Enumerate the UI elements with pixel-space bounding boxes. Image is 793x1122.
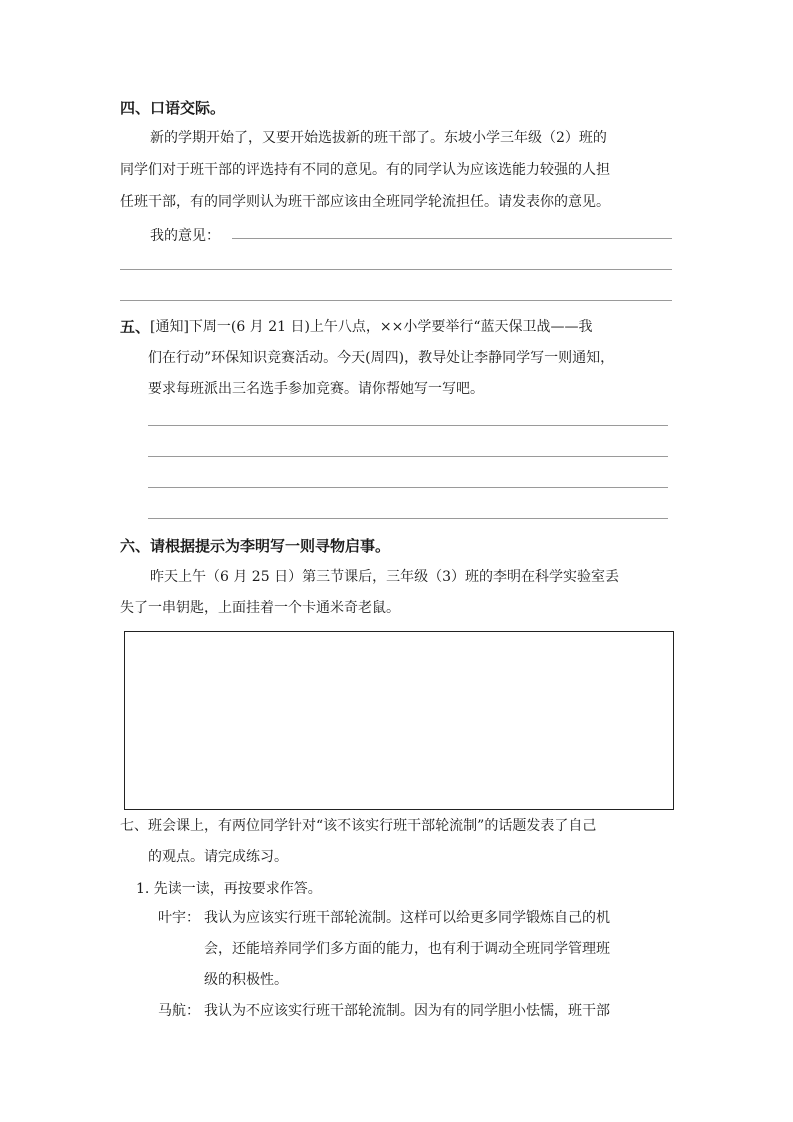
- section-6-paragraph-line-2: 失了一串钥匙，上面挂着一个卡通米奇老鼠。: [120, 597, 400, 617]
- section-5-line-3: 要求每班派出三名选手参加竞赛。请你帮她写一写吧。: [148, 378, 484, 398]
- notice-answer-line-3[interactable]: [148, 487, 668, 488]
- section-6-heading: 六、请根据提示为李明写一则寻物启事。: [120, 535, 390, 556]
- lost-notice-answer-box[interactable]: [124, 631, 674, 810]
- section-4-paragraph-line-1: 新的学期开始了，又要开始选拔新的班干部了。东坡小学三年级（2）班的: [150, 127, 607, 147]
- speaker-ye-yu-line-3: 级的积极性。: [204, 969, 288, 989]
- speaker-ye-yu-line-2: 会，还能培养同学们多方面的能力，也有利于调动全班同学管理班: [204, 938, 610, 958]
- speaker-ye-yu-line-1: 我认为应该实行班干部轮流制。这样可以给更多同学锻炼自己的机: [204, 907, 610, 927]
- notice-answer-line-4[interactable]: [148, 518, 668, 519]
- notice-answer-line-2[interactable]: [148, 456, 668, 457]
- section-4-heading: 四、口语交际。: [120, 97, 225, 118]
- notice-answer-line-1[interactable]: [148, 425, 668, 426]
- section-5-line-2: 们在行动”环保知识竞赛活动。今天(周四)，教导处让李静同学写一则通知，: [148, 347, 614, 367]
- section-6-paragraph-line-1: 昨天上午（6 月 25 日）第三节课后，三年级（3）班的李明在科学实验室丢: [150, 566, 619, 586]
- section-7-line-1: 七、班会课上，有两位同学针对“该不该实行班干部轮流制”的话题发表了自己: [120, 815, 596, 835]
- speaker-ma-hang-name: 马航：: [158, 1000, 200, 1020]
- opinion-answer-line-3[interactable]: [120, 300, 672, 301]
- section-4-paragraph-line-2: 同学们对于班干部的评选持有不同的意见。有的同学认为应该选能力较强的人担: [120, 159, 610, 179]
- section-7-sub-question-1: 1. 先读一读，再按要求作答。: [136, 878, 322, 898]
- section-4-paragraph-line-3: 任班干部，有的同学则认为班干部应该由全班同学轮流担任。请发表你的意见。: [120, 191, 610, 211]
- opinion-answer-line-2[interactable]: [120, 269, 672, 270]
- section-5-line-1: [通知]下周一(6 月 21 日)上午八点，××小学要举行“蓝天保卫战——我: [150, 316, 593, 336]
- section-5-number: 五、: [120, 316, 150, 337]
- opinion-label: 我的意见：: [150, 225, 220, 245]
- section-7-line-2: 的观点。请完成练习。: [148, 846, 288, 866]
- speaker-ma-hang-line-1: 我认为不应该实行班干部轮流制。因为有的同学胆小怯懦，班干部: [204, 1000, 610, 1020]
- opinion-answer-line-1[interactable]: [232, 238, 672, 239]
- speaker-ye-yu-name: 叶宇：: [158, 907, 200, 927]
